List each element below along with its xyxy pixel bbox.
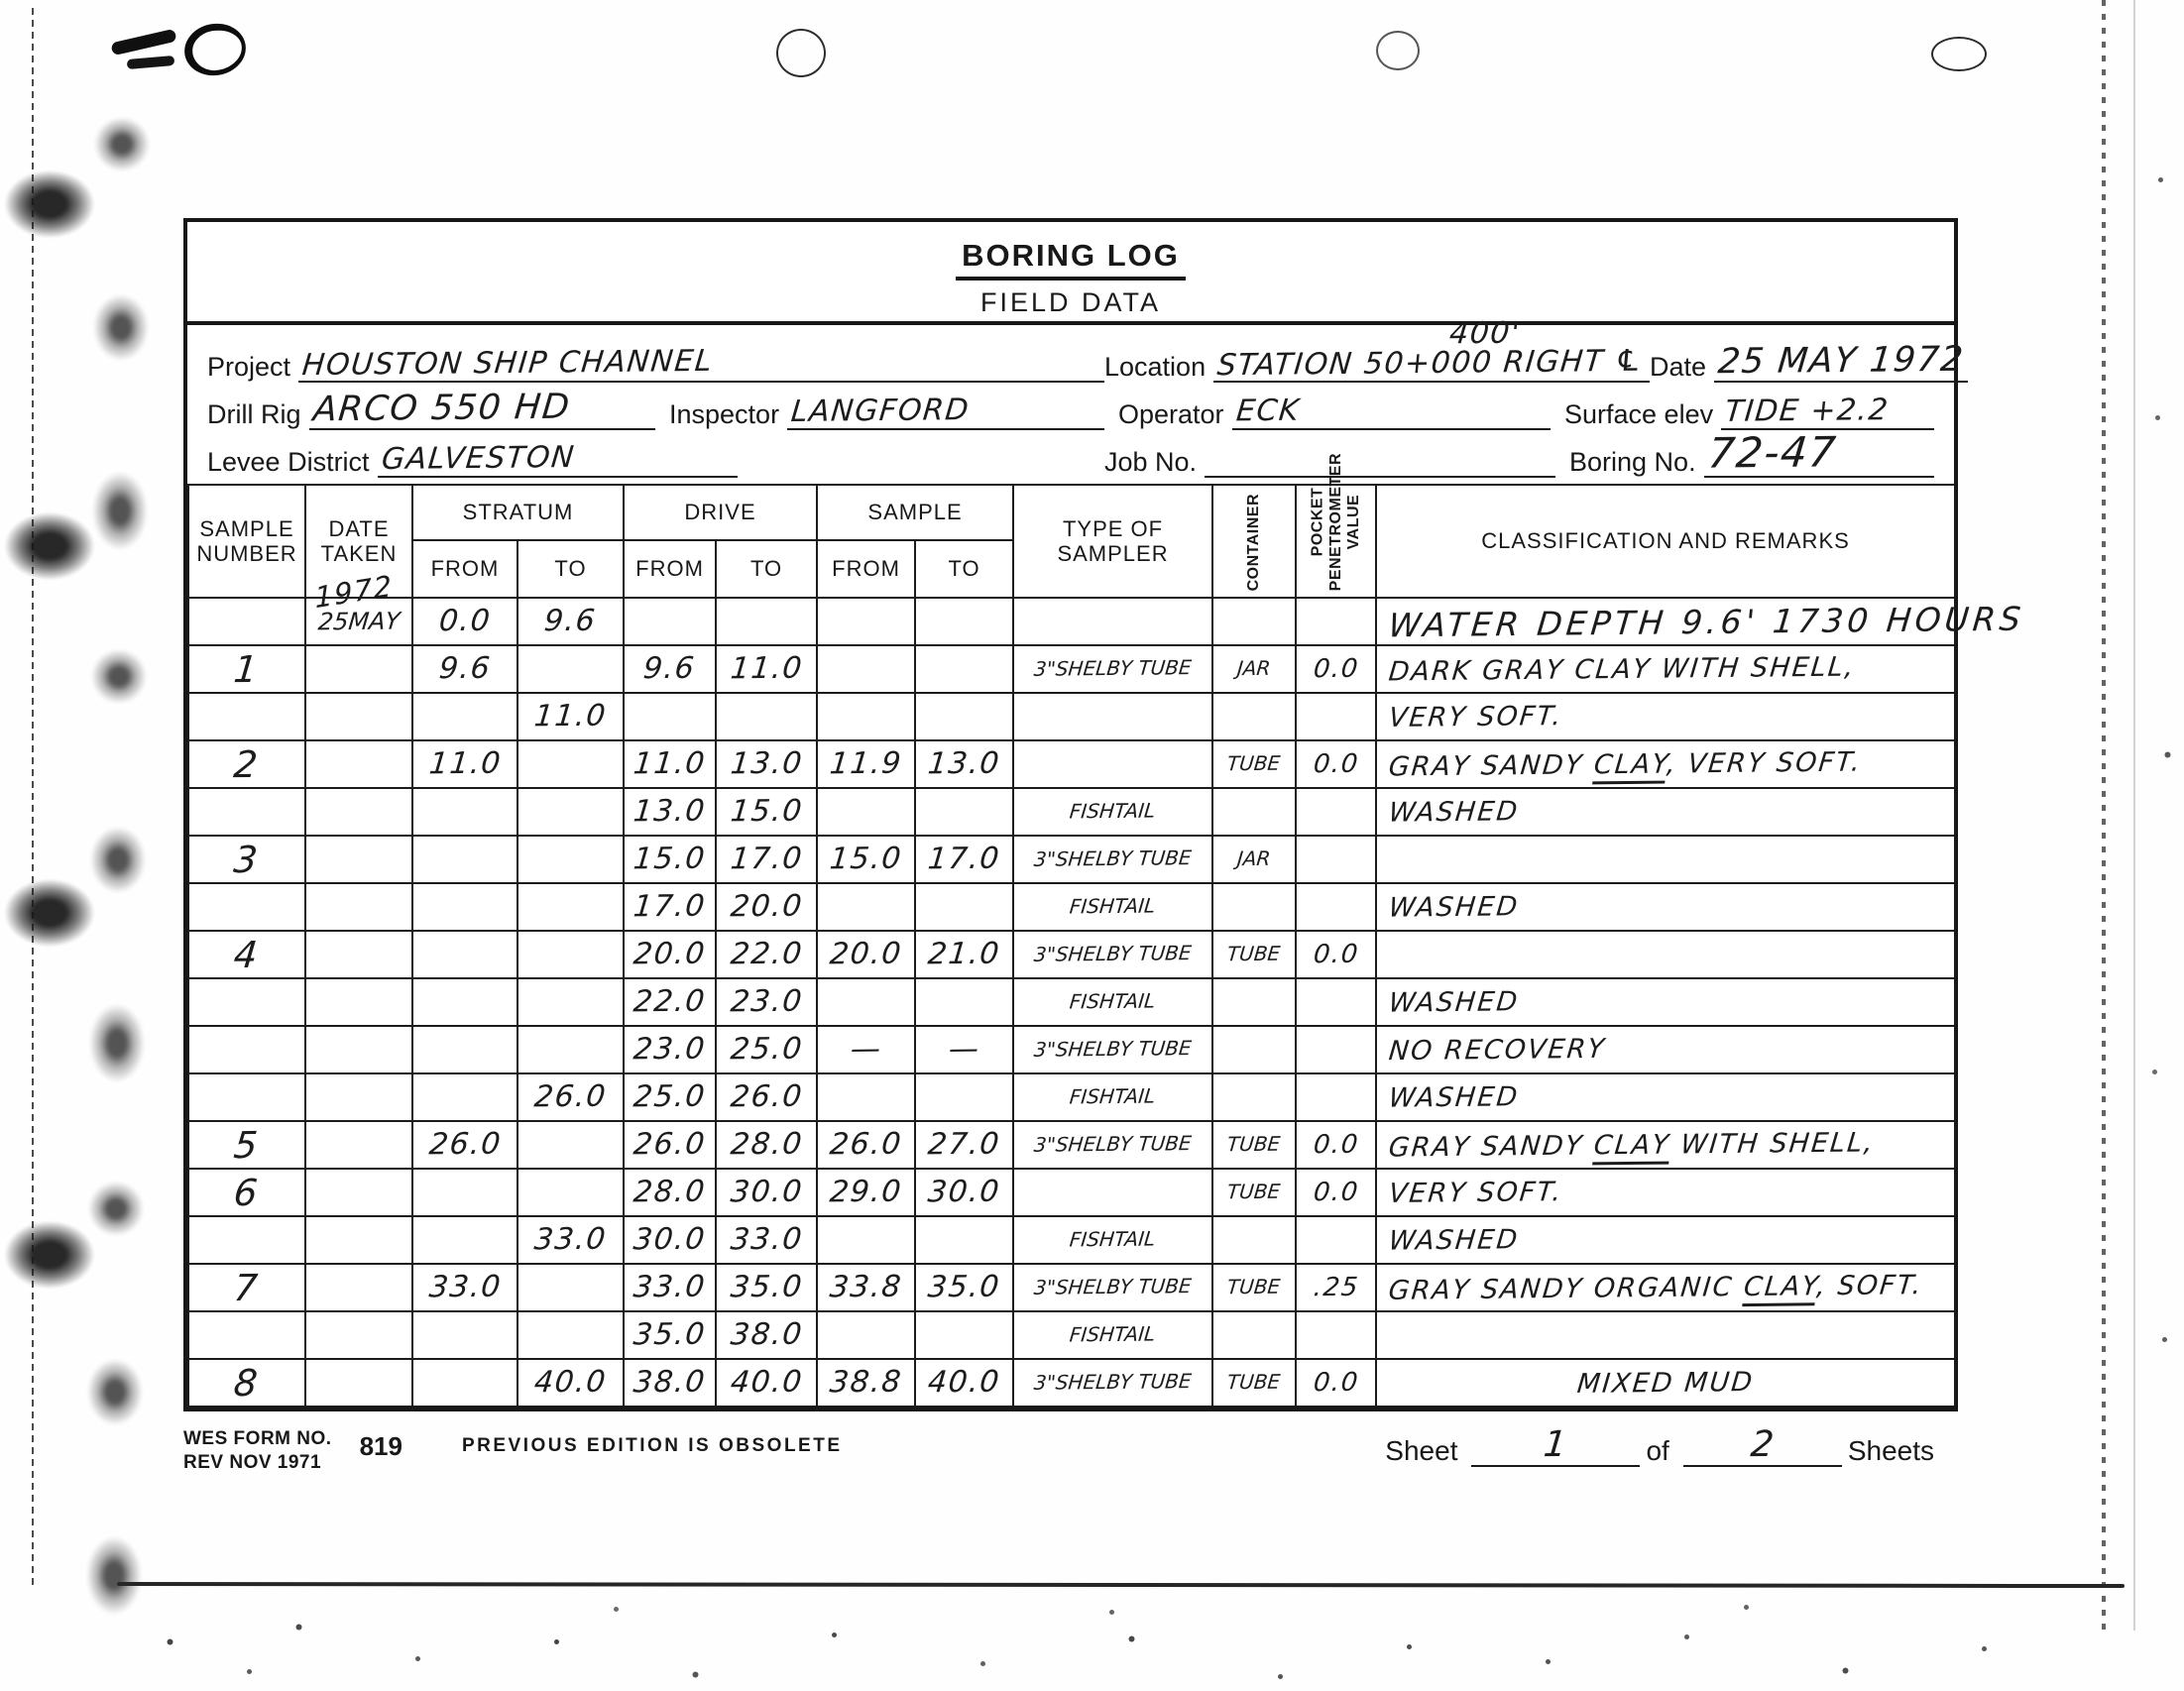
- header-drive-to: TO: [716, 540, 817, 598]
- cell-container: TUBE: [1212, 740, 1296, 788]
- cell-drive-from: 13.0: [624, 788, 716, 836]
- sampler-type-value: 3"SHELBY TUBE: [1033, 657, 1193, 679]
- cell-classification: WASHED: [1376, 978, 1955, 1026]
- drill-rig-field: Drill Rig ARCO 550 HD: [207, 391, 655, 430]
- sampler-type-value: FISHTAIL: [1069, 1086, 1156, 1107]
- cell-penetrometer-value: [1296, 978, 1376, 1026]
- cell-drive-to: 35.0: [716, 1264, 817, 1311]
- sampler-type-value: 3"SHELBY TUBE: [1033, 1038, 1193, 1060]
- drive-from-value: 23.0: [632, 1035, 708, 1066]
- table-row: 25MAY0.09.6WATER DEPTH 9.6' 1730 HOURS: [188, 598, 1955, 645]
- project-label: Project: [207, 354, 298, 383]
- sampler-type-value: 3"SHELBY TUBE: [1033, 847, 1193, 869]
- cell-stratum-from: [412, 1359, 517, 1407]
- penetrometer-value-value: 0.0: [1312, 1370, 1359, 1396]
- cell-penetrometer-value: [1296, 1073, 1376, 1121]
- cell-sample-to: 35.0: [915, 1264, 1013, 1311]
- header-classification: CLASSIFICATION AND REMARKS: [1376, 485, 1955, 598]
- cell-drive-to: 23.0: [716, 978, 817, 1026]
- hole-punch-mark: [1931, 37, 1987, 71]
- cell-container: JAR: [1212, 645, 1296, 693]
- cell-sampler-type: FISHTAIL: [1013, 883, 1212, 931]
- container-value: TUBE: [1226, 1182, 1281, 1202]
- table-row: 35.038.0FISHTAIL: [188, 1311, 1955, 1359]
- cell-classification: MIXED MUD: [1376, 1359, 1955, 1407]
- cell-penetrometer-value: [1296, 1311, 1376, 1359]
- cell-date-taken: [305, 836, 412, 883]
- cell-sample-number: [188, 1073, 305, 1121]
- project-value: HOUSTON SHIP CHANNEL: [300, 347, 714, 383]
- sample-number-value: 5: [233, 1126, 262, 1163]
- cell-sample-number: [188, 598, 305, 645]
- cell-drive-to: 20.0: [716, 883, 817, 931]
- stratum-to-value: 11.0: [533, 702, 609, 733]
- classification-value: WASHED: [1388, 1083, 1521, 1111]
- cell-sample-to: [915, 1073, 1013, 1121]
- cell-sample-number: [188, 883, 305, 931]
- cell-sample-from: [817, 1216, 915, 1264]
- operator-value: ECK: [1234, 396, 1301, 429]
- operator-label: Operator: [1104, 401, 1232, 430]
- cell-classification: VERY SOFT.: [1376, 1169, 1955, 1216]
- drive-to-value: 25.0: [729, 1035, 804, 1066]
- classification-value: WASHED: [1388, 798, 1521, 826]
- wes-form-no-line1: WES FORM NO.: [183, 1427, 332, 1451]
- sample-number-value: 7: [233, 1269, 262, 1305]
- cell-container: [1212, 598, 1296, 645]
- cell-stratum-from: [412, 978, 517, 1026]
- cell-date-taken: [305, 931, 412, 978]
- drive-from-value: 15.0: [632, 845, 708, 875]
- cell-sampler-type: FISHTAIL: [1013, 978, 1212, 1026]
- cell-classification: WASHED: [1376, 788, 1955, 836]
- header-pocket-penetrometer-label: POCKET PENETROMETER VALUE: [1309, 453, 1363, 591]
- cell-sampler-type: [1013, 1169, 1212, 1216]
- cell-sample-number: 2: [188, 740, 305, 788]
- cell-sample-number: 3: [188, 836, 305, 883]
- sample-from-value: 15.0: [829, 845, 904, 875]
- sample-number-value: 4: [233, 936, 262, 972]
- drive-to-value: 35.0: [729, 1273, 804, 1303]
- cell-drive-from: 20.0: [624, 931, 716, 978]
- cell-drive-to: 17.0: [716, 836, 817, 883]
- cell-drive-from: 22.0: [624, 978, 716, 1026]
- binding-smudge: [87, 1359, 143, 1425]
- cell-sample-number: [188, 1026, 305, 1073]
- table-row: 628.030.029.030.0TUBE0.0VERY SOFT.: [188, 1169, 1955, 1216]
- sample-number-value: 6: [233, 1174, 262, 1210]
- header-drive-from: FROM: [624, 540, 716, 598]
- cell-sample-number: [188, 1216, 305, 1264]
- stratum-to-value: 9.6: [543, 607, 598, 637]
- header-drive: DRIVE: [624, 485, 817, 540]
- cell-drive-to: [716, 693, 817, 740]
- drive-from-value: 35.0: [632, 1320, 708, 1351]
- cell-classification: WASHED: [1376, 1073, 1955, 1121]
- cell-sampler-type: 3"SHELBY TUBE: [1013, 645, 1212, 693]
- hole-punch-mark: [1376, 31, 1420, 70]
- cell-sampler-type: 3"SHELBY TUBE: [1013, 1121, 1212, 1169]
- cell-stratum-from: [412, 788, 517, 836]
- table-row: 19.69.611.03"SHELBY TUBEJAR0.0DARK GRAY …: [188, 645, 1955, 693]
- penetrometer-value-value: 0.0: [1312, 1132, 1359, 1158]
- cell-date-taken: [305, 1311, 412, 1359]
- cell-stratum-from: 11.0: [412, 740, 517, 788]
- cell-drive-from: 25.0: [624, 1073, 716, 1121]
- penetrometer-value-value: 0.0: [1312, 656, 1359, 682]
- header-sample-to: TO: [915, 540, 1013, 598]
- sample-to-value: —: [947, 1035, 980, 1065]
- surface-elev-value-line: TIDE +2.2: [1721, 391, 1934, 430]
- cell-penetrometer-value: [1296, 598, 1376, 645]
- sheet-number: 1: [1542, 1427, 1569, 1465]
- sample-to-value: 27.0: [927, 1130, 1002, 1161]
- cell-drive-from: 38.0: [624, 1359, 716, 1407]
- header-stratum-to: TO: [517, 540, 624, 598]
- cell-stratum-to: [517, 978, 624, 1026]
- drive-to-value: 40.0: [729, 1368, 804, 1399]
- container-value: JAR: [1236, 658, 1271, 678]
- cell-stratum-from: 9.6: [412, 645, 517, 693]
- cell-container: [1212, 978, 1296, 1026]
- cell-drive-to: 30.0: [716, 1169, 817, 1216]
- binding-smudge: [93, 294, 149, 361]
- classification-value: WASHED: [1388, 1226, 1521, 1254]
- penetrometer-value-value: .25: [1312, 1275, 1359, 1300]
- cell-sampler-type: FISHTAIL: [1013, 1311, 1212, 1359]
- cell-classification: WASHED: [1376, 1216, 1955, 1264]
- cell-sample-to: [915, 1311, 1013, 1359]
- cell-stratum-to: [517, 883, 624, 931]
- ink-smudge-ring: [180, 19, 250, 80]
- cell-classification: [1376, 1311, 1955, 1359]
- binding-smudge: [88, 1182, 144, 1236]
- cell-classification: [1376, 931, 1955, 978]
- sheet-number-line: 1: [1471, 1427, 1640, 1467]
- cell-sample-from: [817, 693, 915, 740]
- drive-to-value: 30.0: [729, 1178, 804, 1208]
- classification-value: WASHED: [1388, 893, 1521, 921]
- cell-stratum-to: [517, 740, 624, 788]
- cell-drive-from: 17.0: [624, 883, 716, 931]
- wes-form-no: WES FORM NO. REV NOV 1971: [183, 1427, 332, 1475]
- table-row: 23.025.0——3"SHELBY TUBENO RECOVERY: [188, 1026, 1955, 1073]
- cell-sample-from: [817, 883, 915, 931]
- boring-no-value: 72-47: [1705, 431, 1838, 476]
- sampler-type-value: FISHTAIL: [1069, 896, 1156, 917]
- wes-form-no-line2: REV NOV 1971: [183, 1451, 332, 1475]
- cell-stratum-from: [412, 883, 517, 931]
- cell-container: [1212, 883, 1296, 931]
- stratum-from-value: 33.0: [427, 1273, 503, 1303]
- inspector-value: LANGFORD: [789, 395, 971, 429]
- cell-sample-from: [817, 1073, 915, 1121]
- cell-drive-from: 26.0: [624, 1121, 716, 1169]
- classification-value: WATER DEPTH 9.6' 1730 HOURS: [1387, 602, 2025, 641]
- scan-speckles: [0, 0, 3, 3]
- cell-drive-to: 33.0: [716, 1216, 817, 1264]
- table-row: 526.026.028.026.027.03"SHELBY TUBETUBE0.…: [188, 1121, 1955, 1169]
- cell-penetrometer-value: 0.0: [1296, 740, 1376, 788]
- surface-elev-label: Surface elev: [1551, 401, 1721, 430]
- cell-date-taken: [305, 1264, 412, 1311]
- cell-sample-from: 33.8: [817, 1264, 915, 1311]
- cell-classification: GRAY SANDY CLAY, VERY SOFT.: [1376, 740, 1955, 788]
- table-row: 733.033.035.033.835.03"SHELBY TUBETUBE.2…: [188, 1264, 1955, 1311]
- cell-container: JAR: [1212, 836, 1296, 883]
- cell-drive-to: 25.0: [716, 1026, 817, 1073]
- cell-classification: WATER DEPTH 9.6' 1730 HOURS: [1376, 598, 1955, 645]
- hole-punch-smudge: [2, 510, 97, 582]
- date-value: 25 MAY 1972: [1716, 343, 1966, 383]
- cell-container: [1212, 693, 1296, 740]
- sample-number-value: 3: [233, 841, 262, 877]
- location-value: STATION 50+000 RIGHT ℄: [1215, 347, 1645, 383]
- scan-bottom-edge: [117, 1582, 2125, 1588]
- cell-stratum-to: [517, 1264, 624, 1311]
- stratum-to-value: 26.0: [533, 1082, 609, 1113]
- form-title-block: BORING LOG FIELD DATA: [187, 222, 1954, 325]
- sample-to-value: 13.0: [927, 749, 1002, 780]
- cell-sampler-type: [1013, 598, 1212, 645]
- drive-to-value: 17.0: [729, 845, 804, 875]
- classification-value: VERY SOFT.: [1388, 1179, 1564, 1207]
- cell-drive-to: [716, 598, 817, 645]
- cell-stratum-from: [412, 1169, 517, 1216]
- cell-sampler-type: 3"SHELBY TUBE: [1013, 1359, 1212, 1407]
- stratum-from-value: 26.0: [427, 1130, 503, 1161]
- cell-penetrometer-value: [1296, 693, 1376, 740]
- cell-stratum-from: [412, 693, 517, 740]
- previous-edition-note: PREVIOUS EDITION IS OBSOLETE: [462, 1435, 843, 1457]
- cell-stratum-from: [412, 1073, 517, 1121]
- sample-to-value: 17.0: [927, 845, 1002, 875]
- cell-stratum-to: 9.6: [517, 598, 624, 645]
- header-date-taken-label: DATE TAKEN: [321, 516, 398, 566]
- cell-date-taken: [305, 1026, 412, 1073]
- cell-container: TUBE: [1212, 1169, 1296, 1216]
- container-value: JAR: [1236, 848, 1271, 868]
- cell-date-taken: [305, 1121, 412, 1169]
- sample-from-value: 33.8: [829, 1273, 904, 1303]
- cell-sample-to: [915, 598, 1013, 645]
- cell-classification: WASHED: [1376, 883, 1955, 931]
- cell-classification: GRAY SANDY ORGANIC CLAY, SOFT.: [1376, 1264, 1955, 1311]
- cell-stratum-to: [517, 788, 624, 836]
- container-value: TUBE: [1226, 1372, 1281, 1393]
- cell-sample-to: 21.0: [915, 931, 1013, 978]
- sheets-total-line: 2: [1683, 1427, 1842, 1467]
- levee-district-value-line: GALVESTON: [378, 438, 738, 478]
- levee-district-label: Levee District: [207, 449, 378, 478]
- cell-drive-from: 11.0: [624, 740, 716, 788]
- sheet-count: Sheet 1 of 2 Sheets: [1385, 1427, 1958, 1467]
- operator-field: Operator ECK: [1104, 391, 1551, 430]
- cell-stratum-from: [412, 1311, 517, 1359]
- date-value-line: 25 MAY 1972: [1714, 343, 1968, 383]
- cell-container: [1212, 1073, 1296, 1121]
- cell-sample-number: 6: [188, 1169, 305, 1216]
- cell-sample-from: 38.8: [817, 1359, 915, 1407]
- cell-drive-to: 13.0: [716, 740, 817, 788]
- hole-punch-smudge: [2, 1219, 97, 1291]
- sample-number-value: 8: [233, 1364, 262, 1401]
- form-subtitle: FIELD DATA: [187, 287, 1954, 318]
- cell-penetrometer-value: 0.0: [1296, 1169, 1376, 1216]
- drive-to-value: 15.0: [729, 797, 804, 828]
- cell-date-taken: [305, 788, 412, 836]
- cell-penetrometer-value: 0.0: [1296, 1121, 1376, 1169]
- drive-to-value: 22.0: [729, 940, 804, 970]
- cell-sample-to: [915, 788, 1013, 836]
- drive-from-value: 17.0: [632, 892, 708, 923]
- cell-sample-to: 13.0: [915, 740, 1013, 788]
- cell-date-taken: [305, 1073, 412, 1121]
- cell-sampler-type: 3"SHELBY TUBE: [1013, 836, 1212, 883]
- cell-sampler-type: [1013, 693, 1212, 740]
- sample-from-value: 20.0: [829, 940, 904, 970]
- cell-drive-to: 40.0: [716, 1359, 817, 1407]
- stratum-from-value: 9.6: [437, 654, 492, 685]
- sample-from-value: 11.9: [829, 749, 904, 780]
- binding-smudge: [90, 827, 146, 893]
- sample-number-value: 1: [233, 650, 262, 687]
- date-field: Date 25 MAY 1972: [1650, 343, 1968, 383]
- binding-smudge: [91, 649, 147, 704]
- cell-stratum-from: [412, 1216, 517, 1264]
- job-no-value-line: [1205, 438, 1555, 478]
- operator-value-line: ECK: [1232, 391, 1551, 430]
- cell-penetrometer-value: 0.0: [1296, 931, 1376, 978]
- cell-sample-to: [915, 645, 1013, 693]
- cell-sampler-type: 3"SHELBY TUBE: [1013, 931, 1212, 978]
- form-footer: WES FORM NO. REV NOV 1971 819 PREVIOUS E…: [183, 1427, 1958, 1475]
- cell-classification: GRAY SANDY CLAY WITH SHELL,: [1376, 1121, 1955, 1169]
- cell-stratum-from: 0.0: [412, 598, 517, 645]
- cell-date-taken: 25MAY: [305, 598, 412, 645]
- cell-stratum-to: 40.0: [517, 1359, 624, 1407]
- cell-container: [1212, 788, 1296, 836]
- sampler-type-value: 3"SHELBY TUBE: [1033, 1371, 1193, 1393]
- sheet-label: Sheet: [1385, 1437, 1465, 1467]
- cell-sample-from: [817, 788, 915, 836]
- sample-from-value: 26.0: [829, 1130, 904, 1161]
- hole-punch-smudge: [2, 877, 97, 949]
- drive-to-value: 13.0: [729, 749, 804, 780]
- cell-sample-from: 15.0: [817, 836, 915, 883]
- ink-smudge-mark: [110, 29, 176, 56]
- underlined-word: CLAY: [1592, 748, 1668, 784]
- cell-drive-to: 26.0: [716, 1073, 817, 1121]
- cell-sample-to: [915, 693, 1013, 740]
- perforation-line: [2133, 0, 2135, 1631]
- drive-to-value: 20.0: [729, 892, 804, 923]
- cell-stratum-to: [517, 1311, 624, 1359]
- classification-value: MIXED MUD: [1576, 1369, 1756, 1398]
- cell-sample-from: 11.9: [817, 740, 915, 788]
- cell-sample-to: 17.0: [915, 836, 1013, 883]
- surface-elev-field: Surface elev TIDE +2.2: [1551, 391, 1934, 430]
- boring-no-label: Boring No.: [1555, 449, 1704, 478]
- classification-value: GRAY SANDY CLAY, VERY SOFT.: [1388, 748, 1864, 780]
- cell-stratum-from: 33.0: [412, 1264, 517, 1311]
- binding-smudge: [92, 472, 148, 550]
- cell-stratum-from: [412, 931, 517, 978]
- hole-punch-smudge: [2, 169, 97, 240]
- penetrometer-value-value: 0.0: [1312, 942, 1359, 967]
- inspector-value-line: LANGFORD: [787, 391, 1104, 430]
- drive-to-value: 33.0: [729, 1225, 804, 1256]
- cell-stratum-to: 33.0: [517, 1216, 624, 1264]
- cell-sample-from: [817, 978, 915, 1026]
- sample-number-value: 2: [233, 745, 262, 782]
- header-container: CONTAINER: [1212, 485, 1296, 598]
- cell-sample-number: [188, 1311, 305, 1359]
- boring-table-body: 25MAY0.09.6WATER DEPTH 9.6' 1730 HOURS19…: [188, 598, 1955, 1407]
- cell-drive-from: 30.0: [624, 1216, 716, 1264]
- binding-smudge: [94, 117, 150, 171]
- sample-from-value: 29.0: [829, 1178, 904, 1208]
- cell-sample-number: 8: [188, 1359, 305, 1407]
- cell-classification: DARK GRAY CLAY WITH SHELL,: [1376, 645, 1955, 693]
- inspector-field: Inspector LANGFORD: [655, 391, 1104, 430]
- sampler-type-value: 3"SHELBY TUBE: [1033, 943, 1193, 964]
- stratum-to-value: 33.0: [533, 1225, 609, 1256]
- table-row: 17.020.0FISHTAILWASHED: [188, 883, 1955, 931]
- cell-date-taken: [305, 693, 412, 740]
- cell-sample-from: [817, 645, 915, 693]
- cell-classification: [1376, 836, 1955, 883]
- surface-elev-value: TIDE +2.2: [1723, 395, 1890, 429]
- cell-date-taken: [305, 1359, 412, 1407]
- cell-drive-to: 15.0: [716, 788, 817, 836]
- cell-classification: NO RECOVERY: [1376, 1026, 1955, 1073]
- cell-drive-to: 22.0: [716, 931, 817, 978]
- location-value-line: STATION 50+000 RIGHT ℄ 400': [1213, 343, 1650, 383]
- cell-sample-from: —: [817, 1026, 915, 1073]
- header-pocket-penetrometer: POCKET PENETROMETER VALUE: [1296, 485, 1376, 598]
- date-taken-value: 25MAY: [317, 609, 402, 633]
- drill-rig-value: ARCO 550 HD: [311, 391, 572, 430]
- drive-from-value: 33.0: [632, 1273, 708, 1303]
- cell-drive-from: [624, 693, 716, 740]
- container-value: TUBE: [1226, 753, 1281, 774]
- cell-sampler-type: 3"SHELBY TUBE: [1013, 1264, 1212, 1311]
- table-row: 13.015.0FISHTAILWASHED: [188, 788, 1955, 836]
- penetrometer-value-value: 0.0: [1312, 751, 1359, 777]
- cell-sample-to: —: [915, 1026, 1013, 1073]
- cell-drive-to: 38.0: [716, 1311, 817, 1359]
- header-sample-number: SAMPLE NUMBER: [188, 485, 305, 598]
- header-row-1: Project HOUSTON SHIP CHANNEL Location ST…: [187, 335, 1954, 383]
- cell-sample-from: 26.0: [817, 1121, 915, 1169]
- drive-from-value: 22.0: [632, 987, 708, 1018]
- cell-container: [1212, 1026, 1296, 1073]
- cell-container: TUBE: [1212, 1359, 1296, 1407]
- cell-sample-number: [188, 978, 305, 1026]
- cell-stratum-to: 11.0: [517, 693, 624, 740]
- sampler-type-value: FISHTAIL: [1069, 1229, 1156, 1250]
- project-field: Project HOUSTON SHIP CHANNEL: [207, 343, 1104, 383]
- drive-to-value: 26.0: [729, 1082, 804, 1113]
- job-no-label: Job No.: [1104, 449, 1205, 478]
- sample-to-value: 35.0: [927, 1273, 1002, 1303]
- sampler-type-value: 3"SHELBY TUBE: [1033, 1276, 1193, 1297]
- cell-stratum-from: [412, 836, 517, 883]
- drive-to-value: 23.0: [729, 987, 804, 1018]
- cell-sample-to: 27.0: [915, 1121, 1013, 1169]
- ink-smudge-mark: [127, 56, 175, 69]
